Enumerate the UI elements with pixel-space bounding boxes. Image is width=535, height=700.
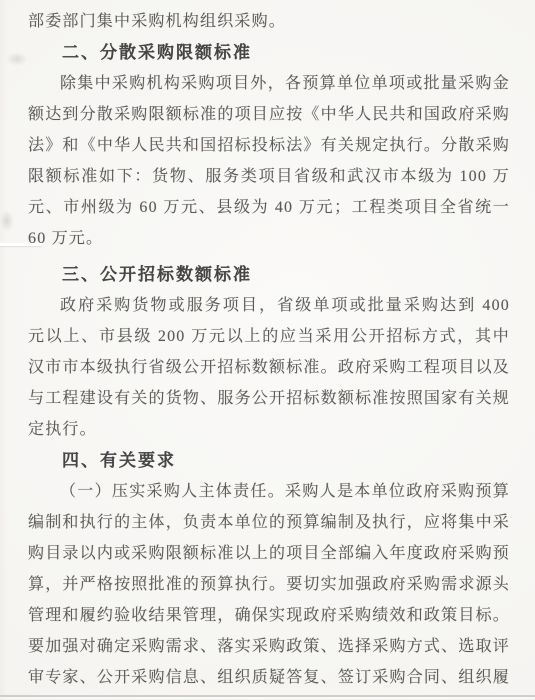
body-line: 管理和履约验收结果管理，确保实现政府采购绩效和政策目标。 (28, 600, 510, 631)
section-heading-3: 三、公开招标数额标准 (28, 259, 510, 290)
body-line: 要加强对确定采购需求、落实采购政策、选择采购方式、选取评 (28, 631, 510, 662)
body-line: 与工程建设有关的货物、服务公开招标数额标准按照国家有关规 (28, 383, 510, 414)
body-line: 60 万元。 (28, 223, 510, 254)
scan-smudge (6, 52, 28, 66)
body-line: 部委部门集中采购机构组织采购。 (28, 6, 510, 37)
body-line: 算，并严格按照批准的预算执行。要切实加强政府采购需求源头 (28, 569, 510, 600)
body-line: （一）压实采购人主体责任。采购人是本单位政府采购预算 (28, 476, 510, 507)
body-line: 除集中采购机构采购项目外，各预算单位单项或批量采购金 (28, 68, 510, 99)
scan-line-artifact (0, 695, 535, 697)
body-line: 汉市市本级执行省级公开招标数额标准。政府采购工程项目以及 (28, 352, 510, 383)
scanned-document-page: 部委部门集中采购机构组织采购。 二、分散采购限额标准 除集中采购机构采购项目外，… (0, 0, 535, 700)
body-line: 元以上、市县级 200 万元以上的应当采用公开招标方式，其中武 (28, 321, 510, 352)
body-line: 法》和《中华人民共和国招标投标法》有关规定执行。分散采购 (28, 130, 510, 161)
body-line: 编制和执行的主体，负责本单位的预算编制及执行，应将集中采 (28, 507, 510, 538)
body-line: 额达到分散采购限额标准的项目应按《中华人民共和国政府采购 (28, 99, 510, 130)
scan-smudge (0, 210, 14, 232)
body-line: 购目录以内或采购限额标准以上的项目全部编入年度政府采购预 (28, 538, 510, 569)
section-heading-4: 四、有关要求 (28, 445, 510, 476)
body-line: 元、市州级为 60 万元、县级为 40 万元；工程类项目全省统一为 (28, 192, 510, 223)
body-line: 定执行。 (28, 414, 510, 445)
body-line: 限额标准如下：货物、服务类项目省级和武汉市本级为 100 万 (28, 161, 510, 192)
body-line: 政府采购货物或服务项目，省级单项或批量采购达到 400 万 (28, 290, 510, 321)
body-line: 审专家、公开采购信息、组织质疑答复、签订采购合同、组织履 (28, 662, 510, 693)
section-heading-2: 二、分散采购限额标准 (28, 37, 510, 68)
document-text-block: 部委部门集中采购机构组织采购。 二、分散采购限额标准 除集中采购机构采购项目外，… (28, 6, 510, 693)
